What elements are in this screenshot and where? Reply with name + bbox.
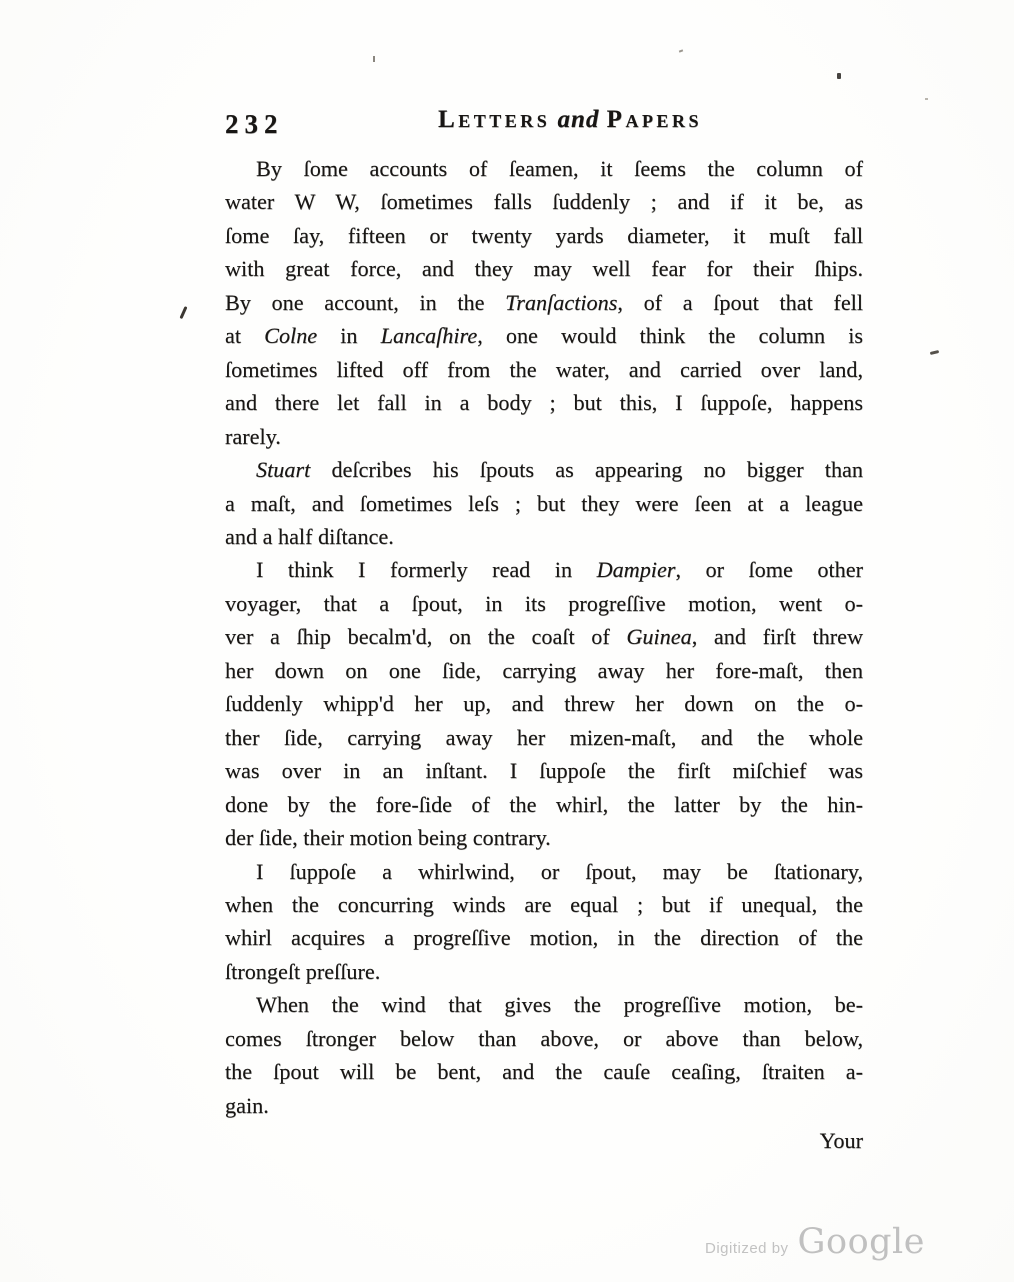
text-segment: ſtrongeſt preſſure. (225, 959, 380, 984)
text-segment: her down on one ſide, carrying away her … (225, 658, 863, 683)
text-line: her down on one ſide, carrying away her … (225, 654, 863, 687)
text-line: water W W, ſometimes falls ſuddenly ; an… (225, 185, 863, 218)
text-line: a maſt, and ſometimes leſs ; but they we… (225, 487, 863, 520)
text-segment: rarely. (225, 424, 281, 449)
italic-text: Stuart (256, 457, 310, 482)
text-segment: and a half diſtance. (225, 524, 394, 549)
text-line: ther ſide, carrying away her mizen-maſt,… (225, 721, 863, 754)
text-line: gain. (225, 1089, 863, 1122)
text-segment: a maſt, and ſometimes leſs ; but they we… (225, 491, 863, 516)
ink-speck (925, 98, 928, 100)
page-text: By ſome accounts of ſeamen, it ſeems the… (225, 152, 863, 1122)
text-segment: and there let fall in a body ; but this,… (225, 390, 863, 415)
italic-text: Guinea (626, 624, 691, 649)
ink-speck (679, 49, 683, 52)
text-segment: Papers (607, 106, 702, 133)
text-segment: ther ſide, carrying away her mizen-maſt,… (225, 725, 863, 750)
text-line: ſtrongeſt preſſure. (225, 955, 863, 988)
text-segment: I ſuppoſe a whirlwind, or ſpout, may be … (256, 859, 863, 884)
text-segment: ſuddenly whipp'd her up, and threw her d… (225, 691, 863, 716)
text-segment: ſometimes lifted off from the water, and… (225, 357, 863, 382)
italic-text: Lancaſhire (381, 323, 478, 348)
book-page-scan: 232 Letters and Papers By ſome accounts … (0, 0, 1014, 1282)
text-line: was over in an inſtant. I ſuppoſe the fi… (225, 754, 863, 787)
italic-text: Colne (264, 323, 317, 348)
ink-speck (930, 350, 939, 355)
text-segment: , or ſome other (675, 557, 863, 582)
text-line: when the concurring winds are equal ; bu… (225, 888, 863, 921)
text-line: When the wind that gives the progreſſive… (225, 988, 863, 1021)
text-line: whirl acquires a progreſſive motion, in … (225, 921, 863, 954)
text-segment: der ſide, their motion being contrary. (225, 825, 551, 850)
text-line: By ſome accounts of ſeamen, it ſeems the… (225, 152, 863, 185)
text-line: By one account, in the Tranſactions, of … (225, 286, 863, 319)
text-line: and there let fall in a body ; but this,… (225, 386, 863, 419)
text-line: voyager, that a ſpout, in its progreſſiv… (225, 587, 863, 620)
text-line: the ſpout will be bent, and the cauſe ce… (225, 1055, 863, 1088)
text-segment: gain. (225, 1093, 269, 1118)
digitized-by-google-watermark: Digitized by Google (705, 1222, 925, 1262)
text-segment: done by the fore-ſide of the whirl, the … (225, 792, 863, 817)
text-segment: when the concurring winds are equal ; bu… (225, 892, 863, 917)
italic-text: and (550, 106, 606, 133)
text-line: I ſuppoſe a whirlwind, or ſpout, may be … (225, 855, 863, 888)
text-line: ver a ſhip becalm'd, on the coaſt of Gui… (225, 620, 863, 653)
text-line: Stuart deſcribes his ſpouts as appearing… (225, 453, 863, 486)
text-segment: water W W, ſometimes falls ſuddenly ; an… (225, 189, 863, 214)
text-segment: When the wind that gives the progreſſive… (256, 992, 863, 1017)
text-line: der ſide, their motion being contrary. (225, 821, 863, 854)
italic-text: Dampier (597, 557, 676, 582)
text-segment: , one would think the column is (477, 323, 863, 348)
text-line: comes ſtronger below than above, or abov… (225, 1022, 863, 1055)
text-segment: , and firſt threw (692, 624, 863, 649)
text-segment: was over in an inſtant. I ſuppoſe the fi… (225, 758, 863, 783)
text-segment: , of a ſpout that fell (617, 290, 863, 315)
text-line: at Colne in Lancaſhire, one would think … (225, 319, 863, 352)
italic-text: Tranſactions (505, 290, 617, 315)
watermark-text: Digitized by (705, 1240, 789, 1257)
text-segment: By one account, in the (225, 290, 505, 315)
running-head: 232 Letters and Papers (225, 106, 865, 146)
header-title: Letters and Papers (250, 106, 890, 134)
text-segment: with great force, and they may well fear… (225, 256, 863, 281)
text-line: with great force, and they may well fear… (225, 252, 863, 285)
text-line: ſometimes lifted off from the water, and… (225, 353, 863, 386)
google-logo: Google (798, 1222, 925, 1262)
catchword: Your (225, 1128, 863, 1154)
text-segment: at (225, 323, 264, 348)
text-line: and a half diſtance. (225, 520, 863, 553)
margin-pen-mark (179, 306, 187, 319)
text-segment: the ſpout will be bent, and the cauſe ce… (225, 1059, 863, 1084)
text-segment: whirl acquires a progreſſive motion, in … (225, 925, 863, 950)
text-line: I think I formerly read in Dampier, or ſ… (225, 553, 863, 586)
text-segment: ſome ſay, fifteen or twenty yards diamet… (225, 223, 863, 248)
text-segment: I think I formerly read in (256, 557, 597, 582)
text-line: rarely. (225, 420, 863, 453)
text-line: ſome ſay, fifteen or twenty yards diamet… (225, 219, 863, 252)
text-line: done by the fore-ſide of the whirl, the … (225, 788, 863, 821)
text-segment: Letters (438, 106, 550, 133)
text-segment: in (317, 323, 381, 348)
text-segment: ver a ſhip becalm'd, on the coaſt of (225, 624, 626, 649)
text-segment: comes ſtronger below than above, or abov… (225, 1026, 863, 1051)
text-segment: voyager, that a ſpout, in its progreſſiv… (225, 591, 863, 616)
ink-speck (373, 56, 375, 62)
ink-speck (837, 73, 841, 79)
text-segment: deſcribes his ſpouts as appearing no big… (310, 457, 863, 482)
text-segment: By ſome accounts of ſeamen, it ſeems the… (256, 156, 863, 181)
text-line: ſuddenly whipp'd her up, and threw her d… (225, 687, 863, 720)
